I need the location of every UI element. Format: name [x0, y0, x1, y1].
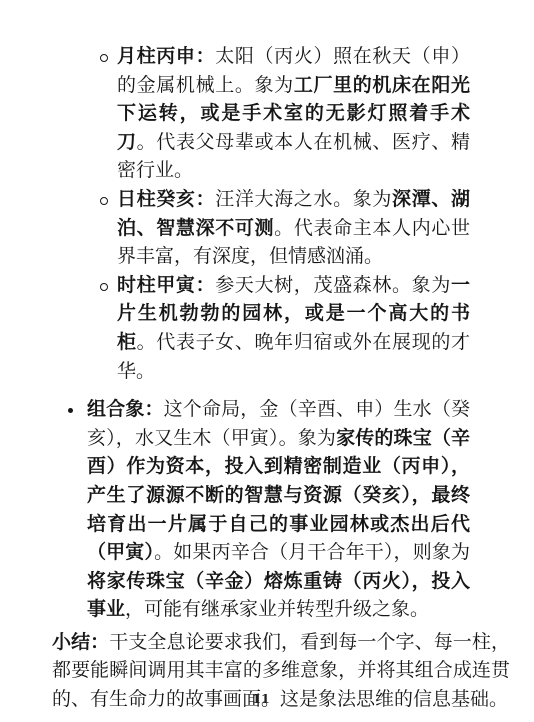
document-page: 月柱丙申：太阳（丙火）照在秋天（申）的金属机械上。象为工厂里的机床在阳光下运转，… [0, 0, 534, 722]
text-segment: 组合象： [87, 398, 164, 420]
bullet-item-day-pillar: 日柱癸亥：汪洋大海之水。象为深潭、湖泊、智慧深不可测。代表命主本人内心世界丰富，… [117, 185, 470, 271]
text-segment: 时柱甲寅： [117, 274, 215, 296]
bullet-item-hour-pillar: 时柱甲寅：参天大树，茂盛森林。象为一片生机勃勃的园林，或是一个高大的书柜。代表子… [117, 271, 470, 385]
bullet-circle-icon [100, 283, 108, 291]
bullet-circle-icon [100, 54, 108, 62]
item-heading: 组合象： [87, 398, 164, 420]
item-heading: 日柱癸亥： [117, 188, 215, 210]
text-segment: 日柱癸亥： [117, 188, 215, 210]
summary-label: 小结： [52, 631, 109, 653]
text-segment: 。代表父母辈或本人在机械、医疗、精密行业。 [117, 131, 470, 182]
text-segment: 。代表子女、晚年归宿或外在展现的才华。 [117, 331, 470, 382]
bullet-dot-icon [68, 408, 73, 413]
text-segment: 月柱丙申： [117, 45, 215, 67]
page-content: 月柱丙申：太阳（丙火）照在秋天（申）的金属机械上。象为工厂里的机床在阳光下运转，… [0, 42, 534, 714]
bullet-circle-icon [100, 197, 108, 205]
text-segment: 汪洋大海之水。象为 [215, 188, 392, 210]
text-segment: 。如果丙辛合（月干合年干），则象为 [154, 541, 470, 563]
item-heading: 时柱甲寅： [117, 274, 215, 296]
text-segment: 参天大树，茂盛森林。象为 [215, 274, 451, 296]
text-segment: ，可能有继承家业并转型升级之象。 [125, 598, 429, 620]
bullet-item-month-pillar: 月柱丙申：太阳（丙火）照在秋天（申）的金属机械上。象为工厂里的机床在阳光下运转，… [117, 42, 470, 185]
bullet-item-combination: 组合象：这个命局，金（辛酉、申）生水（癸亥），水又生木（甲寅）。象为家传的珠宝（… [87, 395, 470, 624]
item-heading: 月柱丙申： [117, 45, 215, 67]
page-number: 11 [0, 691, 522, 706]
